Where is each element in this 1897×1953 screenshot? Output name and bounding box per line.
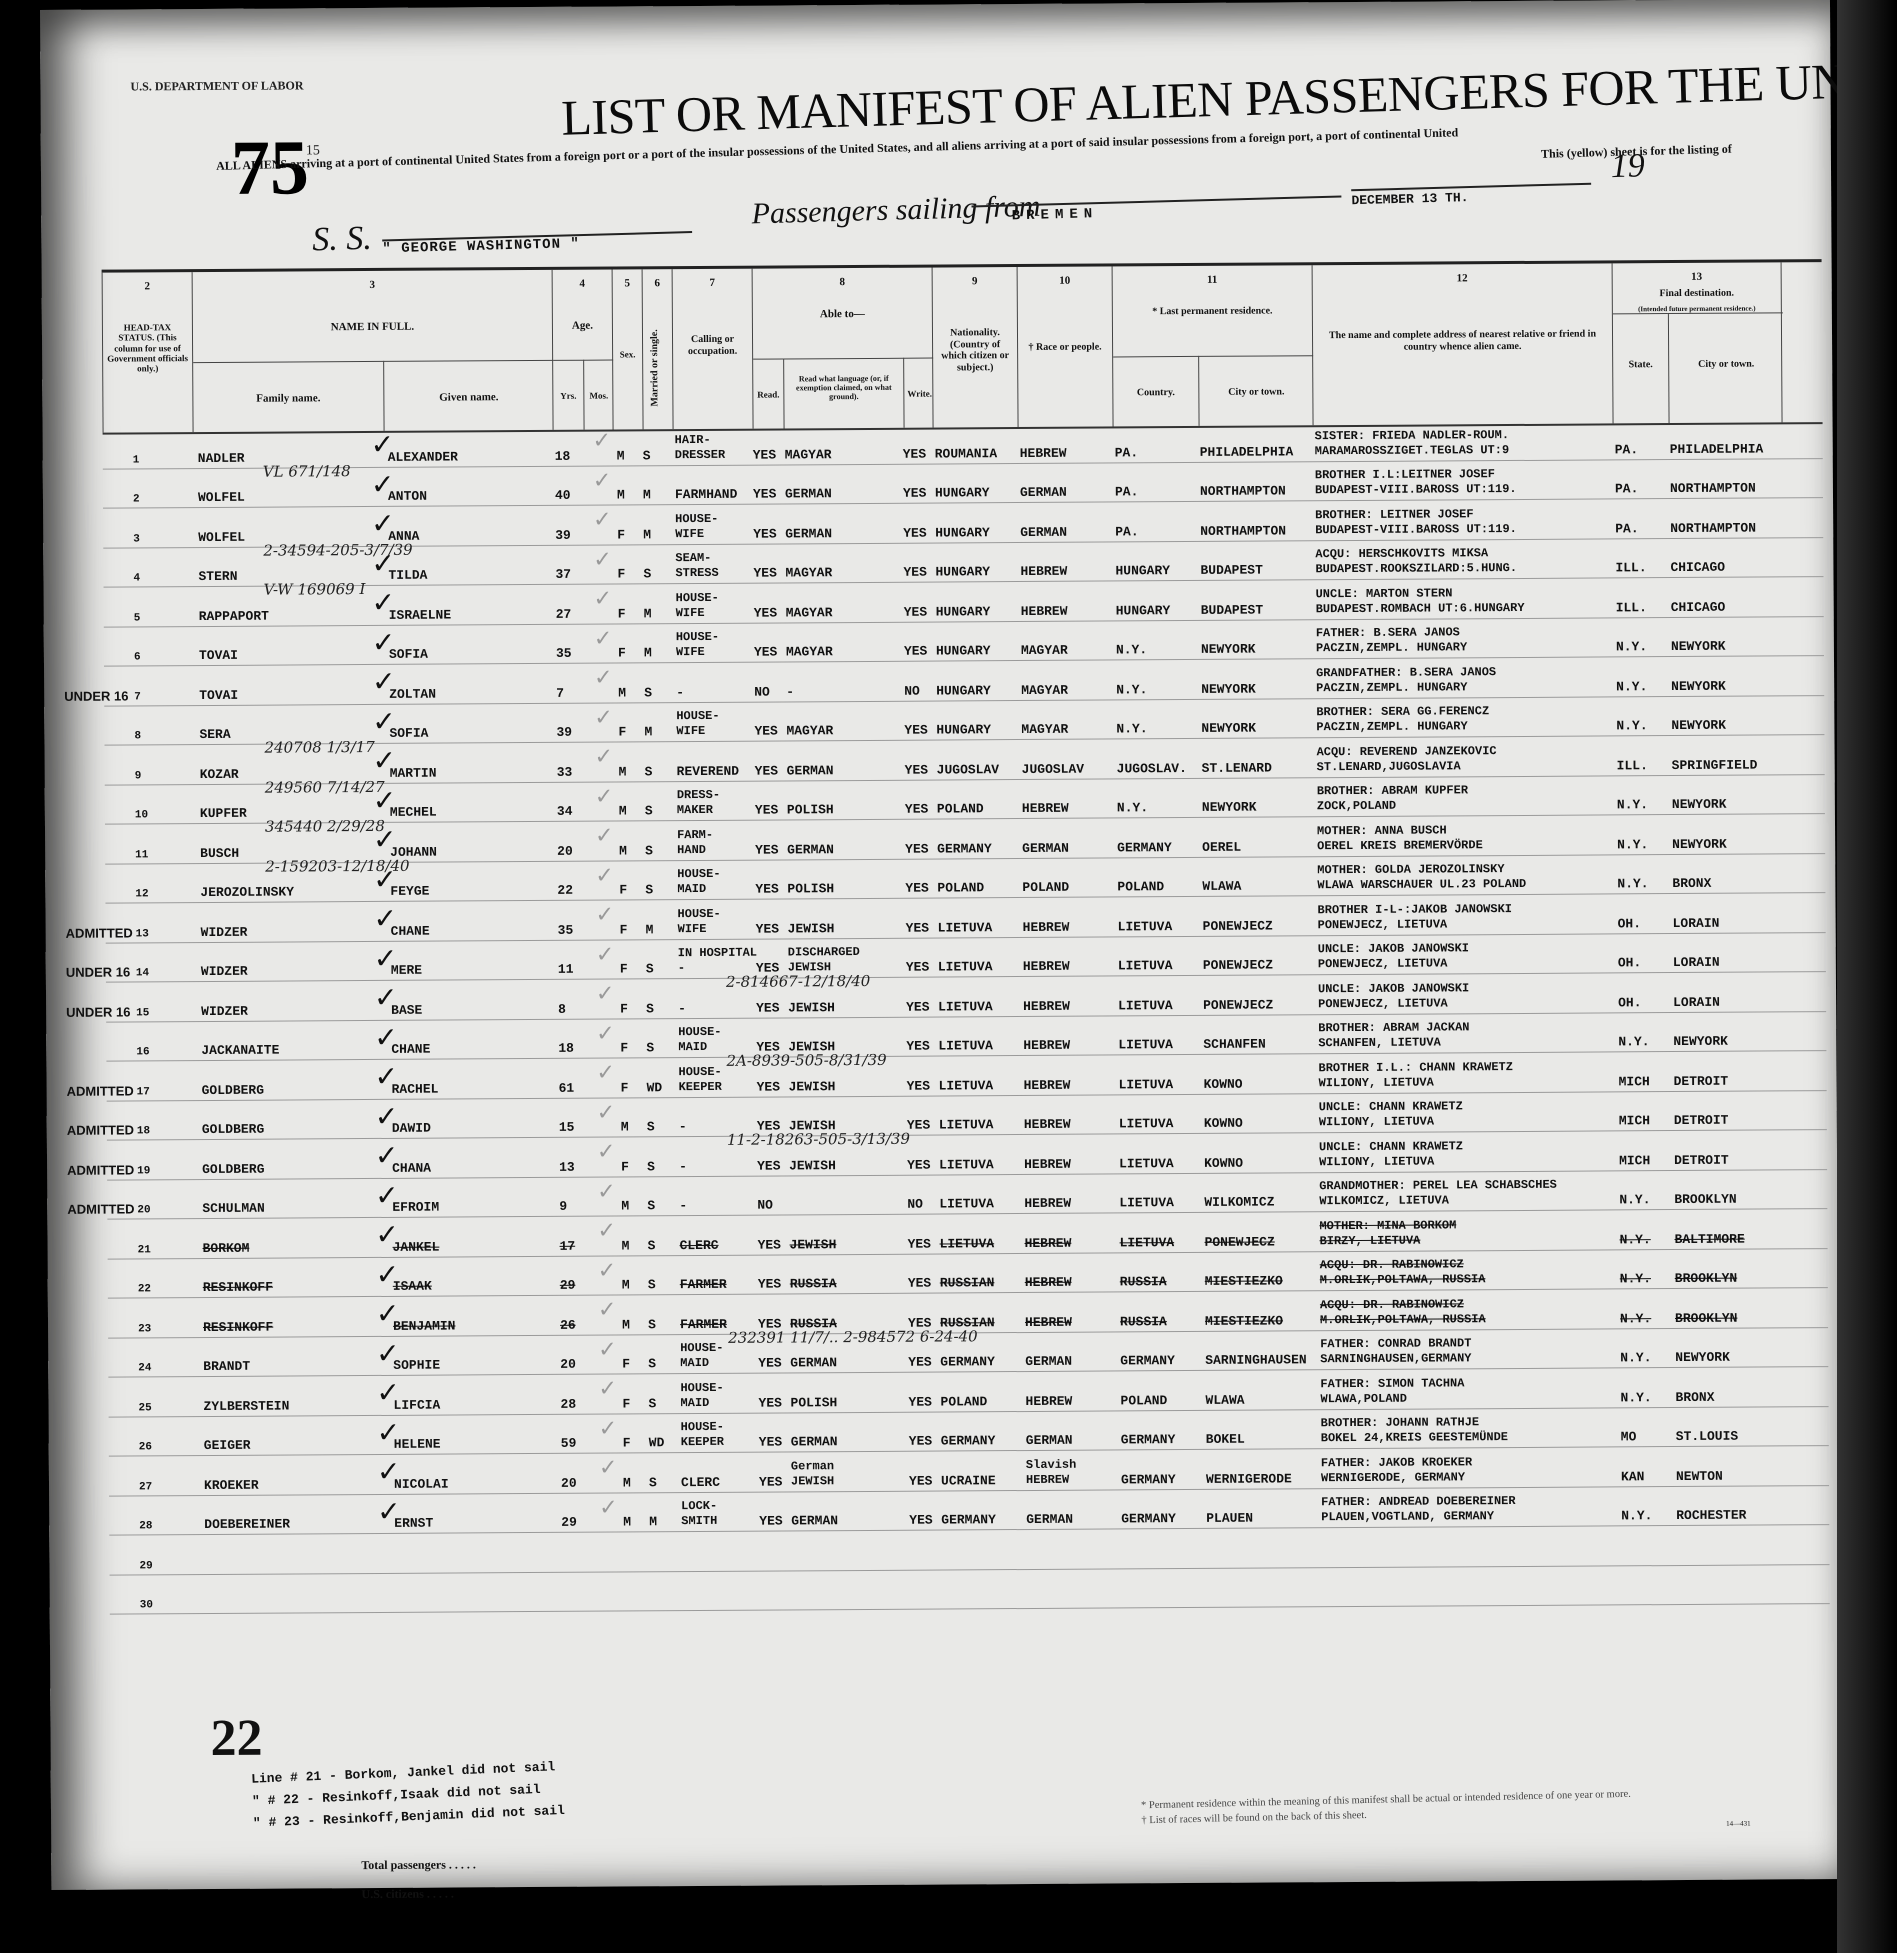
family-name: BORKOM: [202, 1218, 392, 1258]
handwritten-annotation: V-W 169069 I: [263, 580, 365, 599]
occupation: -: [676, 663, 756, 702]
nearest-relative: [1321, 1526, 1621, 1566]
line-number: 21: [137, 1219, 162, 1258]
age: 34: [557, 782, 597, 821]
occupation-line: MAKER: [677, 803, 713, 818]
given-name: ISRAELNE: [389, 585, 559, 625]
destination-state: KAN: [1621, 1447, 1676, 1486]
nationality: LIETUVA: [938, 977, 1023, 1016]
nearest-relative: BROTHER I.L.: CHANN KRAWETZWILIONY, LIET…: [1318, 1052, 1618, 1092]
age: 35: [557, 901, 597, 940]
can-read: YES: [754, 583, 786, 622]
marital-status: M: [644, 624, 674, 663]
can-read: NO: [757, 1176, 789, 1215]
nearest-relative-line: PACZIN,ZEMPL. HUNGARY: [1316, 640, 1467, 656]
nationality: [942, 1570, 1027, 1609]
year-prefix: 19: [1610, 147, 1645, 186]
can-write: YES: [905, 820, 935, 859]
can-write: YES: [904, 701, 934, 740]
given-name: MERE: [391, 940, 561, 980]
destination-city: [1677, 1565, 1792, 1604]
residence-country: PA.: [1115, 462, 1200, 501]
occupation-line: SMITH: [681, 1514, 717, 1529]
occupation-line: MAID: [680, 1356, 709, 1371]
pencil-check-icon: ✓: [599, 1456, 618, 1481]
can-read: YES: [758, 1373, 790, 1412]
occupation-line: WIFE: [676, 605, 705, 620]
can-write: [910, 1570, 940, 1609]
can-read: YES: [755, 781, 787, 820]
destination-state: N.Y.: [1616, 657, 1671, 696]
nearest-relative-line: BROTHER: SERA GG.FERENCZ: [1316, 704, 1489, 720]
line-number: 15: [136, 982, 161, 1021]
sex: F: [621, 1137, 645, 1176]
age: 15: [559, 1098, 599, 1137]
occupation: CLERC: [681, 1453, 761, 1492]
destination-state: N.Y.: [1620, 1289, 1675, 1328]
checkmark-icon: ✓: [373, 902, 397, 935]
occupation: HOUSE-MAID: [677, 860, 757, 899]
line-number: 23: [138, 1298, 163, 1337]
age: 20: [557, 822, 597, 861]
checkmark-icon: ✓: [374, 941, 398, 974]
nearest-relative-line: BROTHER I.L:LEITNER JOSEF: [1315, 467, 1495, 483]
residence-country: PA.: [1115, 502, 1200, 541]
age: 20: [561, 1454, 601, 1493]
checkmark-icon: ✓: [375, 1178, 399, 1211]
pencil-check-icon: ✓: [598, 1258, 617, 1283]
sex: [624, 1572, 648, 1611]
occupation-line: LOCK-: [681, 1499, 717, 1514]
race: GERMAN: [1020, 463, 1115, 502]
nearest-relative: ACQU: REVEREND JANZEKOVICST.LENARD,JUGOS…: [1316, 736, 1616, 776]
nearest-relative-line: WILIONY, LIETUVA: [1319, 1115, 1434, 1131]
residence-city: PONEWJECZ: [1203, 975, 1318, 1014]
sex: M: [621, 1098, 645, 1137]
nearest-relative-line: FATHER: CONRAD BRANDT: [1320, 1336, 1471, 1352]
occupation-line: SEAM-: [675, 551, 711, 566]
nearest-relative-line: WILIONY, LIETUVA: [1319, 1154, 1434, 1170]
head-tax-status: UNDER 16: [64, 666, 144, 705]
can-write: YES: [908, 1254, 938, 1293]
residence-country: N.Y.: [1116, 620, 1201, 659]
line-number: 19: [137, 1140, 162, 1179]
nearest-relative-line: SARNINGHAUSEN,GERMANY: [1320, 1351, 1471, 1367]
given-name: NICOLAI: [394, 1454, 564, 1494]
line-number: 9: [134, 745, 159, 784]
head-tax-status: [64, 587, 144, 626]
age: 22: [557, 861, 597, 900]
age: 35: [556, 624, 596, 663]
handwritten-annotation: 2A-8939-505-8/31/39: [726, 1051, 886, 1070]
age: 61: [558, 1059, 598, 1098]
checkmark-icon: ✓: [372, 704, 396, 737]
age: 18: [558, 1019, 598, 1058]
can-write: [909, 1531, 939, 1570]
handwritten-annotation: 2-34594-205-3/7/39: [263, 540, 412, 559]
nearest-relative: BROTHER: JOHANN RATHJEBOKEL 24,KREIS GEE…: [1321, 1408, 1621, 1448]
residence-country: RUSSIA: [1120, 1292, 1205, 1331]
read-language: JEWISH: [787, 899, 907, 938]
read-language-line: German: [791, 1459, 834, 1474]
passenger-rows: 1NADLERALEXANDER18MSHAIR-DRESSERYESMAGYA…: [103, 419, 1830, 1614]
residence-country: [1122, 1568, 1207, 1607]
pencil-check-icon: ✓: [598, 1377, 617, 1402]
occupation-line: WIFE: [676, 724, 705, 739]
nationality: LIETUVA: [939, 1135, 1024, 1174]
family-name: SCHULMAN: [202, 1178, 392, 1218]
pencil-check-icon: ✓: [597, 1179, 616, 1204]
occupation: [682, 1571, 762, 1610]
sex: F: [620, 1019, 644, 1058]
residence-country: RUSSIA: [1120, 1252, 1205, 1291]
pencil-check-icon: ✓: [595, 903, 614, 928]
age: 9: [559, 1177, 599, 1216]
age: [562, 1572, 602, 1611]
destination-city: BROOKLYN: [1675, 1288, 1790, 1327]
destination-city: ST.LOUIS: [1676, 1407, 1791, 1446]
can-write: YES: [908, 1373, 938, 1412]
family-name: [205, 1573, 395, 1613]
head-tax-status: [66, 1022, 146, 1061]
marital-status: S: [647, 1098, 677, 1137]
destination-state: ILL.: [1615, 539, 1670, 578]
nearest-relative-line: BROTHER I.L.: CHANN KRAWETZ: [1318, 1060, 1513, 1076]
sex: [623, 1532, 647, 1571]
destination-state: MICH: [1618, 1052, 1673, 1091]
given-name: ISAAK: [393, 1256, 563, 1296]
marital-status: S: [648, 1256, 678, 1295]
read-language: JEWISH: [789, 1215, 909, 1254]
can-write: YES: [903, 543, 933, 582]
occupation-line: FARM-: [677, 827, 713, 842]
residence-country: GERMANY: [1121, 1410, 1206, 1449]
destination-city: NEWYORK: [1671, 656, 1786, 695]
residence-city: NORTHAMPTON: [1200, 462, 1315, 501]
given-name: [394, 1533, 564, 1573]
can-read: YES: [755, 820, 787, 859]
can-write: YES: [904, 622, 934, 661]
residence-country: LIETUVA: [1119, 1094, 1204, 1133]
checkmark-icon: ✓: [374, 981, 398, 1014]
checkmark-icon: ✓: [376, 1336, 400, 1369]
nearest-relative-line: FATHER: JAKOB KROEKER: [1321, 1455, 1472, 1471]
head-tax-status: [69, 1535, 149, 1574]
residence-city: NEWYORK: [1201, 699, 1316, 738]
marital-status: S: [647, 1177, 677, 1216]
nearest-relative-line: FATHER: SIMON TACHNA: [1320, 1376, 1464, 1392]
head-tax-status: [67, 1219, 147, 1258]
header-sex: 5 Sex.: [612, 269, 643, 429]
header-name: 3 NAME IN FULL. Family name. Given name.: [192, 270, 553, 432]
nationality: HUNGARY: [935, 503, 1020, 542]
line-number: 25: [138, 1377, 163, 1416]
residence-country: N.Y.: [1117, 778, 1202, 817]
nearest-relative: UNCLE: JAKOB JANOWSKIPONEWJECZ, LIETUVA: [1318, 934, 1618, 974]
race: HEBREW: [1025, 1253, 1120, 1292]
read-language-line: JEWISH: [791, 1474, 834, 1489]
marital-status: [650, 1572, 680, 1611]
nearest-relative: GRANDFATHER: B.SERA JANOSPACZIN,ZEMPL. H…: [1316, 657, 1616, 697]
family-name: KROEKER: [204, 1455, 394, 1495]
occupation-line: WIFE: [675, 526, 704, 541]
destination-state: OH.: [1618, 973, 1673, 1012]
nearest-relative: UNCLE: MARTON STERNBUDAPEST.ROMBACH UT:6…: [1316, 578, 1616, 618]
race: HEBREW: [1023, 976, 1118, 1015]
departure-port: BREMEN: [1012, 206, 1099, 224]
can-write: YES: [907, 1136, 937, 1175]
nationality: POLAND: [937, 780, 1022, 819]
header-able-to: 8 Able to— Read. Read what language (or,…: [752, 268, 933, 429]
can-write: NO: [907, 1175, 937, 1214]
occupation-line: HOUSE-: [677, 867, 720, 882]
destination-state: N.Y.: [1618, 1013, 1673, 1052]
head-tax-status: [69, 1417, 149, 1456]
nationality: HUNGARY: [936, 582, 1021, 621]
race: HEBREW: [1023, 937, 1118, 976]
residence-city: PLAUEN: [1206, 1489, 1321, 1528]
can-read: YES: [755, 899, 787, 938]
read-language-line: DISCHARGED: [788, 945, 860, 960]
sex: M: [621, 1216, 645, 1255]
line-number: 24: [138, 1338, 163, 1377]
age: 33: [556, 743, 596, 782]
given-name: MARTIN: [389, 743, 559, 783]
sex: M: [622, 1295, 646, 1334]
given-name: MECHEL: [390, 782, 560, 822]
table-header: 2 HEAD-TAX STATUS. (This column for use …: [102, 259, 1823, 435]
scan-edge: [1837, 0, 1897, 1953]
nearest-relative-line: ACQU: DR. RABINOWICZ: [1320, 1257, 1464, 1273]
nearest-relative-line: BUDAPEST.ROMBACH UT:6.HUNGARY: [1316, 600, 1525, 616]
given-name: TILDA: [388, 545, 558, 585]
marital-status: [649, 1532, 679, 1571]
occupation-line: STRESS: [675, 566, 718, 581]
destination-city: LORAIN: [1672, 893, 1787, 932]
destination-state: N.Y.: [1617, 815, 1672, 854]
destination-state: OH.: [1617, 894, 1672, 933]
header-marital: 6 Married or single.: [642, 269, 673, 429]
sex: F: [620, 1058, 644, 1097]
can-read: YES: [759, 1413, 791, 1452]
sex: F: [622, 1374, 646, 1413]
given-name: BENJAMIN: [393, 1296, 563, 1336]
family-name: GOLDBERG: [201, 1060, 391, 1100]
nationality: HUNGARY: [935, 464, 1020, 503]
can-write: NO: [904, 662, 934, 701]
read-language: MAGYAR: [785, 543, 905, 582]
sailing-date: DECEMBER 13 TH.: [1351, 190, 1468, 208]
nationality: LIETUVA: [938, 1056, 1023, 1095]
destination-state: N.Y.: [1619, 1171, 1674, 1210]
nearest-relative-line: BROTHER: ABRAM JACKAN: [1318, 1020, 1469, 1036]
line-number: 4: [133, 548, 158, 587]
nationality: JUGOSLAV: [936, 740, 1021, 779]
pencil-check-icon: ✓: [598, 1298, 617, 1323]
destination-state: PA.: [1615, 420, 1670, 459]
age: 7: [556, 664, 596, 703]
residence-country: LIETUVA: [1118, 936, 1203, 975]
checkmark-icon: ✓: [375, 1218, 399, 1251]
head-tax-status: ADMITTED: [65, 903, 145, 942]
can-write: YES: [907, 1215, 937, 1254]
handwritten-annotation: 232391 11/7/.. 2-984572 6-24-40: [728, 1327, 978, 1347]
age: 20: [560, 1335, 600, 1374]
occupation: DRESS-MAKER: [677, 781, 757, 820]
residence-city: ST.LENARD: [1201, 738, 1316, 777]
given-name: BASE: [391, 980, 561, 1020]
destination-state: N.Y.: [1621, 1487, 1676, 1526]
nearest-relative: FATHER: JAKOB KROEKERWERNIGERODE, GERMAN…: [1321, 1447, 1621, 1487]
head-tax-status: [63, 508, 143, 547]
nearest-relative-line: WILKOMICZ, LIETUVA: [1319, 1193, 1449, 1209]
residence-city: NEWYORK: [1201, 620, 1316, 659]
read-language: MAGYAR: [786, 622, 906, 661]
pencil-check-icon: ✓: [594, 626, 613, 651]
head-tax-status: [68, 1298, 148, 1337]
nationality: LIETUVA: [938, 1017, 1023, 1056]
residence-country: HUNGARY: [1115, 541, 1200, 580]
nearest-relative-line: PONEWJECZ, LIETUVA: [1318, 917, 1448, 933]
nearest-relative-line: UNCLE: JAKOB JANOWSKI: [1318, 981, 1469, 997]
nearest-relative: FATHER: ANDREAD DOEBEREINERPLAUEN,VOGTLA…: [1321, 1487, 1621, 1527]
read-language: GERMAN: [786, 741, 906, 780]
head-tax-status: [68, 1377, 148, 1416]
pencil-check-icon: ✓: [594, 587, 613, 612]
nearest-relative: MOTHER: MINA BORKOMBIRZY, LIETUVA: [1319, 1210, 1619, 1250]
family-name: GOLDBERG: [202, 1099, 392, 1139]
line-number: 8: [134, 706, 159, 745]
checkmark-icon: ✓: [374, 1020, 398, 1053]
checkmark-icon: ✓: [377, 1415, 401, 1448]
read-language: [789, 1175, 909, 1214]
given-name: FEYGE: [390, 861, 560, 901]
family-name: GEIGER: [204, 1415, 394, 1455]
checkmark-icon: ✓: [374, 1060, 398, 1093]
residence-country: PA.: [1115, 423, 1200, 462]
residence-country: N.Y.: [1116, 660, 1201, 699]
can-write: YES: [906, 938, 936, 977]
nationality: ROUMANIA: [935, 424, 1020, 463]
occupation-line: KEEPER: [679, 1079, 722, 1094]
nationality: LIETUVA: [939, 1096, 1024, 1135]
nearest-relative: BROTHER: LEITNER JOSEFBUDAPEST-VIII.BARO…: [1315, 499, 1615, 539]
nearest-relative-line: PACZIN,ZEMPL. HUNGARY: [1316, 719, 1467, 735]
given-name: CHANE: [390, 901, 560, 941]
head-tax-status: ADMITTED: [67, 1180, 147, 1219]
marital-status: M: [649, 1493, 679, 1532]
header-nationality: 9 Nationality. (Country of which citizen…: [932, 267, 1018, 428]
residence-city: [1207, 1568, 1322, 1607]
occupation-line: HOUSE-: [676, 590, 719, 605]
nationality: LIETUVA: [937, 898, 1022, 937]
nearest-relative-line: BUDAPEST-VIII.BAROSS UT:119.: [1315, 482, 1517, 498]
occupation-line: HOUSE-: [680, 1380, 723, 1395]
nationality: LIETUVA: [939, 1214, 1024, 1253]
nearest-relative: MOTHER: ANNA BUSCHOEREL KREIS BREMERVÖRD…: [1317, 815, 1617, 855]
given-name: SOFIA: [389, 703, 559, 743]
race: HEBREW: [1024, 1174, 1119, 1213]
occupation-line: HOUSE-: [680, 1341, 723, 1356]
nearest-relative-line: PACZIN,ZEMPL. HUNGARY: [1316, 680, 1467, 696]
destination-city: CHICAGO: [1671, 577, 1786, 616]
marital-status: M: [643, 505, 673, 544]
residence-city: WLAWA: [1205, 1370, 1320, 1409]
nearest-relative-line: UNCLE: CHANN KRAWETZ: [1319, 1139, 1463, 1155]
can-read: YES: [759, 1492, 791, 1531]
family-name: [204, 1534, 394, 1574]
line-number: 10: [135, 785, 160, 824]
residence-city: MIESTIEZKO: [1205, 1252, 1320, 1291]
nearest-relative-line: BROTHER: ABRAM KUPFER: [1317, 783, 1468, 799]
nationality: HUNGARY: [935, 543, 1020, 582]
header-last-residence: 11 * Last permanent residence. Country. …: [1112, 265, 1313, 426]
checkmark-icon: ✓: [371, 428, 395, 461]
checkmark-icon: ✓: [372, 625, 396, 658]
destination-state: N.Y.: [1616, 697, 1671, 736]
pencil-check-icon: ✓: [596, 942, 615, 967]
destination-state: N.Y.: [1620, 1368, 1675, 1407]
residence-city: OEREL: [1202, 817, 1317, 856]
pencil-check-icon: ✓: [594, 705, 613, 730]
marital-status: M: [644, 584, 674, 623]
nationality: HUNGARY: [936, 622, 1021, 661]
residence-city: SARNINGHAUSEN: [1205, 1331, 1320, 1370]
sex: F: [619, 900, 643, 939]
residence-country: GERMANY: [1120, 1331, 1205, 1370]
sex: F: [619, 861, 643, 900]
occupation: -: [679, 1176, 759, 1215]
checkmark-icon: ✓: [376, 1257, 400, 1290]
family-name: TOVAI: [199, 665, 389, 705]
family-name: WIDZER: [201, 941, 391, 981]
handwritten-annotation: 240708 1/3/17: [264, 738, 374, 757]
can-write: YES: [903, 464, 933, 503]
race: MAGYAR: [1021, 621, 1116, 660]
read-language: GERMAN: [785, 504, 905, 543]
occupation-line: WIFE: [676, 645, 705, 660]
given-name: ANNA: [388, 506, 558, 546]
sex: F: [620, 979, 644, 1018]
given-name: JANKEL: [392, 1217, 562, 1257]
residence-city: KOWNO: [1203, 1054, 1318, 1093]
sex: F: [617, 545, 641, 584]
given-name: ZOLTAN: [389, 664, 559, 704]
pencil-check-icon: ✓: [593, 547, 612, 572]
nationality: POLAND: [937, 859, 1022, 898]
occupation: [681, 1532, 761, 1571]
nearest-relative-line: PONEWJECZ, LIETUVA: [1318, 956, 1448, 972]
race: HEBREW: [1023, 1016, 1118, 1055]
occupation-line: HOUSE-: [678, 1025, 721, 1040]
given-name: LIFCIA: [393, 1375, 563, 1415]
total-passengers-label: Total passengers . . . . .: [361, 1857, 476, 1873]
marital-status: S: [647, 1216, 677, 1255]
residence-country: HUNGARY: [1116, 581, 1201, 620]
can-write: YES: [905, 780, 935, 819]
head-tax-status: [68, 1338, 148, 1377]
destination-city: NORTHAMPTON: [1670, 498, 1785, 537]
race: MAGYAR: [1021, 700, 1116, 739]
residence-country: LIETUVA: [1118, 1015, 1203, 1054]
occupation: HOUSE-MAID: [680, 1374, 760, 1413]
given-name: SOPHIE: [393, 1335, 563, 1375]
head-tax-status: ADMITTED: [67, 1101, 147, 1140]
handwritten-annotation: 345440 2/29/28: [265, 817, 385, 836]
destination-city: BRONX: [1672, 854, 1787, 893]
sex: F: [618, 624, 642, 663]
voyage-info: S. S. " GEORGE WASHINGTON " Passengers s…: [311, 163, 1812, 264]
